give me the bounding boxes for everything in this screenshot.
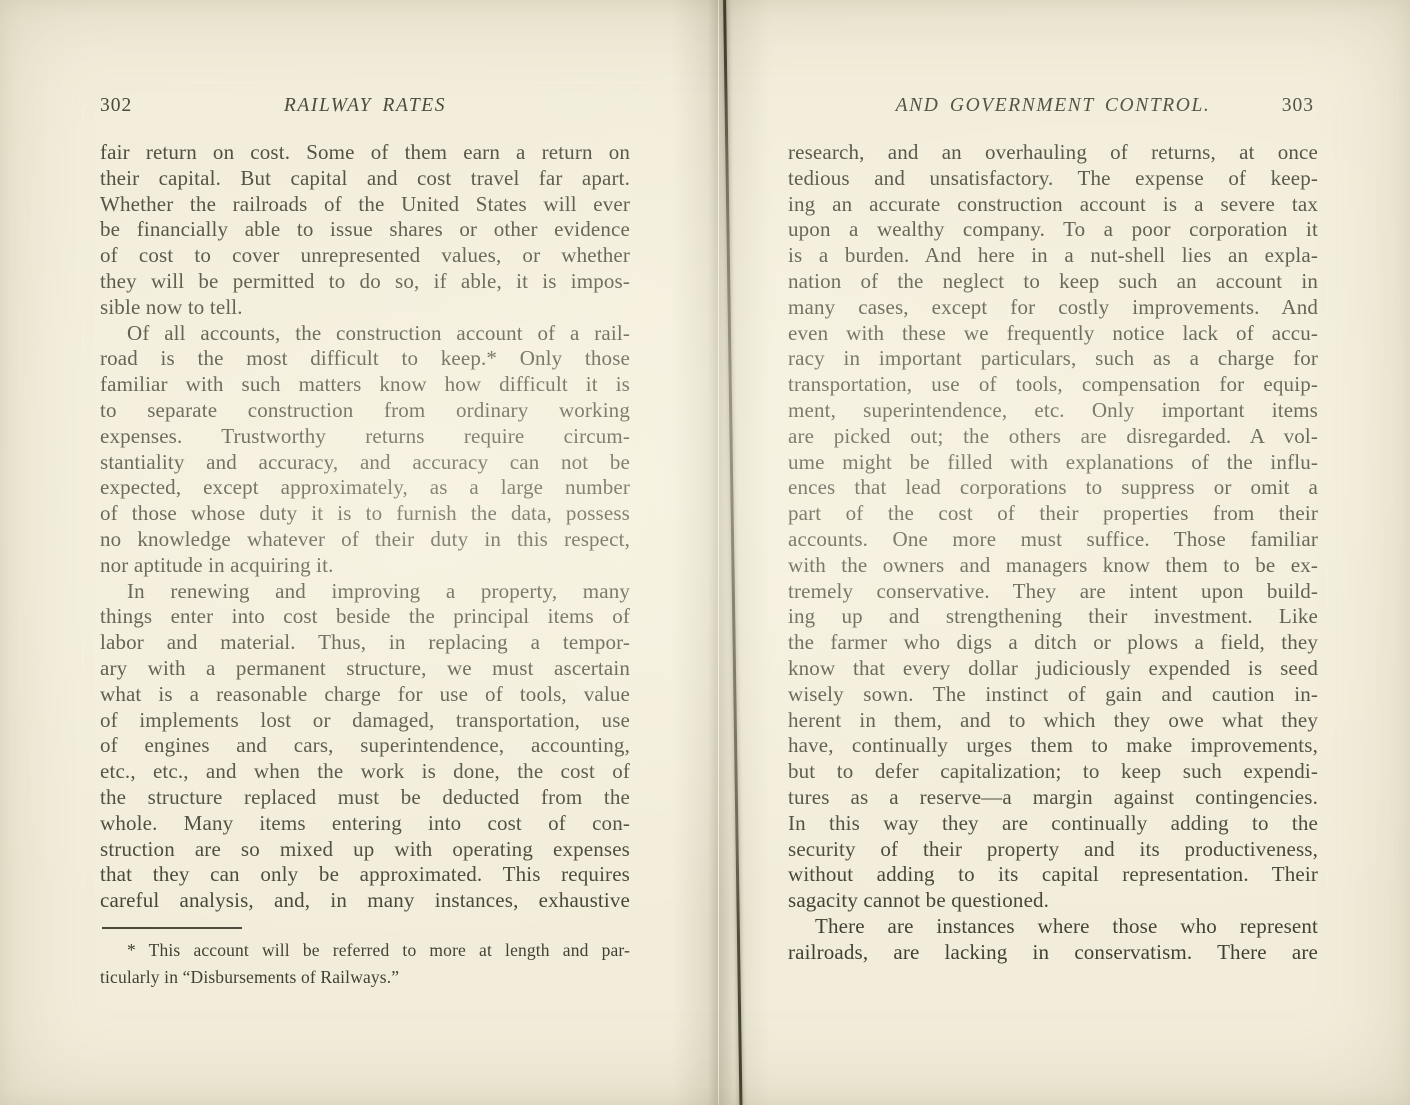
book-gutter xyxy=(723,0,743,1105)
text-line: familiar with such matters know how diff… xyxy=(100,372,630,398)
text-line: accounts. One more must suffice. Those f… xyxy=(788,527,1318,553)
text-line: tedious and unsatisfactory. The expense … xyxy=(788,166,1318,192)
text-line: road is the most difficult to keep.* Onl… xyxy=(100,346,630,372)
text-line: ume might be filled with explanations of… xyxy=(788,450,1318,476)
text-line: ment, superintendence, etc. Only importa… xyxy=(788,398,1318,424)
text-line: etc., etc., and when the work is done, t… xyxy=(100,759,630,785)
text-line: of engines and cars, superintendence, ac… xyxy=(100,733,630,759)
text-line: ticularly in “Disbursements of Railways.… xyxy=(100,964,630,991)
text-line: In renewing and improving a property, ma… xyxy=(100,579,630,605)
left-page-body-text: fair return on cost. Some of them earn a… xyxy=(100,140,630,914)
text-line: with the owners and managers know them t… xyxy=(788,553,1318,579)
text-line: In this way they are continually adding … xyxy=(788,811,1318,837)
text-line: have, continually urges them to make imp… xyxy=(788,733,1318,759)
text-line: There are instances where those who repr… xyxy=(788,914,1318,940)
text-line: tures as a reserve—a margin against cont… xyxy=(788,785,1318,811)
right-page-body-text: research, and an overhauling of returns,… xyxy=(788,140,1318,966)
text-line: careful analysis, and, in many instances… xyxy=(100,888,630,914)
text-line: stantiality and accuracy, and accuracy c… xyxy=(100,450,630,476)
text-line: whole. Many items entering into cost of … xyxy=(100,811,630,837)
text-line: tremely conservative. They are intent up… xyxy=(788,579,1318,605)
text-line: that they can only be approximated. This… xyxy=(100,862,630,888)
text-line: things enter into cost beside the princi… xyxy=(100,604,630,630)
text-line: the farmer who digs a ditch or plows a f… xyxy=(788,630,1318,656)
text-line: no knowledge whatever of their duty in t… xyxy=(100,527,630,553)
text-line: Of all accounts, the construction accoun… xyxy=(100,321,630,347)
text-line: Whether the railroads of the United Stat… xyxy=(100,192,630,218)
text-line: wisely sown. The instinct of gain and ca… xyxy=(788,682,1318,708)
text-line: their capital. But capital and cost trav… xyxy=(100,166,630,192)
left-page-header: 302 RAILWAY RATES xyxy=(100,95,630,121)
book-scan: { "colors": { "paper": "#f2edda", "ink":… xyxy=(0,0,1410,1105)
text-line: but to defer capitalization; to keep suc… xyxy=(788,759,1318,785)
gutter-shadow-left xyxy=(672,0,718,1105)
text-line: expected, except approximately, as a lar… xyxy=(100,475,630,501)
text-line: the structure replaced must be deducted … xyxy=(100,785,630,811)
text-line: nation of the neglect to keep such an ac… xyxy=(788,269,1318,295)
text-line: is a burden. And here in a nut-shell lie… xyxy=(788,243,1318,269)
text-line: railroads, are lacking in conservatism. … xyxy=(788,940,1318,966)
running-header-right: AND GOVERNMENT CONTROL. xyxy=(788,95,1318,117)
text-line: what is a reasonable charge for use of t… xyxy=(100,682,630,708)
text-line: without adding to its capital representa… xyxy=(788,862,1318,888)
text-line: security of their property and its produ… xyxy=(788,837,1318,863)
text-line: struction are so mixed up with operating… xyxy=(100,837,630,863)
text-line: labor and material. Thus, in replacing a… xyxy=(100,630,630,656)
text-line: ing up and strengthening their investmen… xyxy=(788,604,1318,630)
gutter-shadow-right xyxy=(719,0,771,1105)
page-number-right: 303 xyxy=(1282,95,1314,117)
text-line: even with these we frequently notice lac… xyxy=(788,321,1318,347)
text-line: of those whose duty it is to furnish the… xyxy=(100,501,630,527)
text-line: be financially able to issue shares or o… xyxy=(100,217,630,243)
text-line: sagacity cannot be questioned. xyxy=(788,888,1318,914)
text-line: sible now to tell. xyxy=(100,295,630,321)
text-line: research, and an overhauling of returns,… xyxy=(788,140,1318,166)
text-line: herent in them, and to which they owe wh… xyxy=(788,708,1318,734)
right-page-header: AND GOVERNMENT CONTROL. 303 xyxy=(788,95,1318,121)
left-page: 302 RAILWAY RATES fair return on cost. S… xyxy=(100,95,630,121)
text-line: ences that lead corporations to suppress… xyxy=(788,475,1318,501)
text-line: fair return on cost. Some of them earn a… xyxy=(100,140,630,166)
text-line: know that every dollar judiciously expen… xyxy=(788,656,1318,682)
text-line: to separate construction from ordinary w… xyxy=(100,398,630,424)
text-line: ing an accurate construction account is … xyxy=(788,192,1318,218)
text-line: part of the cost of their properties fro… xyxy=(788,501,1318,527)
text-line: ary with a permanent structure, we must … xyxy=(100,656,630,682)
text-line: * This account will be referred to more … xyxy=(100,937,630,964)
right-page: AND GOVERNMENT CONTROL. 303 research, an… xyxy=(788,95,1318,121)
book-spread: 302 RAILWAY RATES fair return on cost. S… xyxy=(0,0,1410,1105)
text-line: expenses. Trustworthy returns require ci… xyxy=(100,424,630,450)
text-line: racy in important particulars, such as a… xyxy=(788,346,1318,372)
footnote: * This account will be referred to more … xyxy=(100,937,630,990)
text-line: transportation, use of tools, compensati… xyxy=(788,372,1318,398)
text-line: many cases, except for costly improvemen… xyxy=(788,295,1318,321)
footnote-rule xyxy=(102,927,242,929)
text-line: they will be permitted to do so, if able… xyxy=(100,269,630,295)
running-header-left: RAILWAY RATES xyxy=(100,95,630,117)
text-line: of implements lost or damaged, transport… xyxy=(100,708,630,734)
text-line: of cost to cover unrepresented values, o… xyxy=(100,243,630,269)
text-line: are picked out; the others are disregard… xyxy=(788,424,1318,450)
text-line: upon a wealthy company. To a poor corpor… xyxy=(788,217,1318,243)
text-line: nor aptitude in acquiring it. xyxy=(100,553,630,579)
